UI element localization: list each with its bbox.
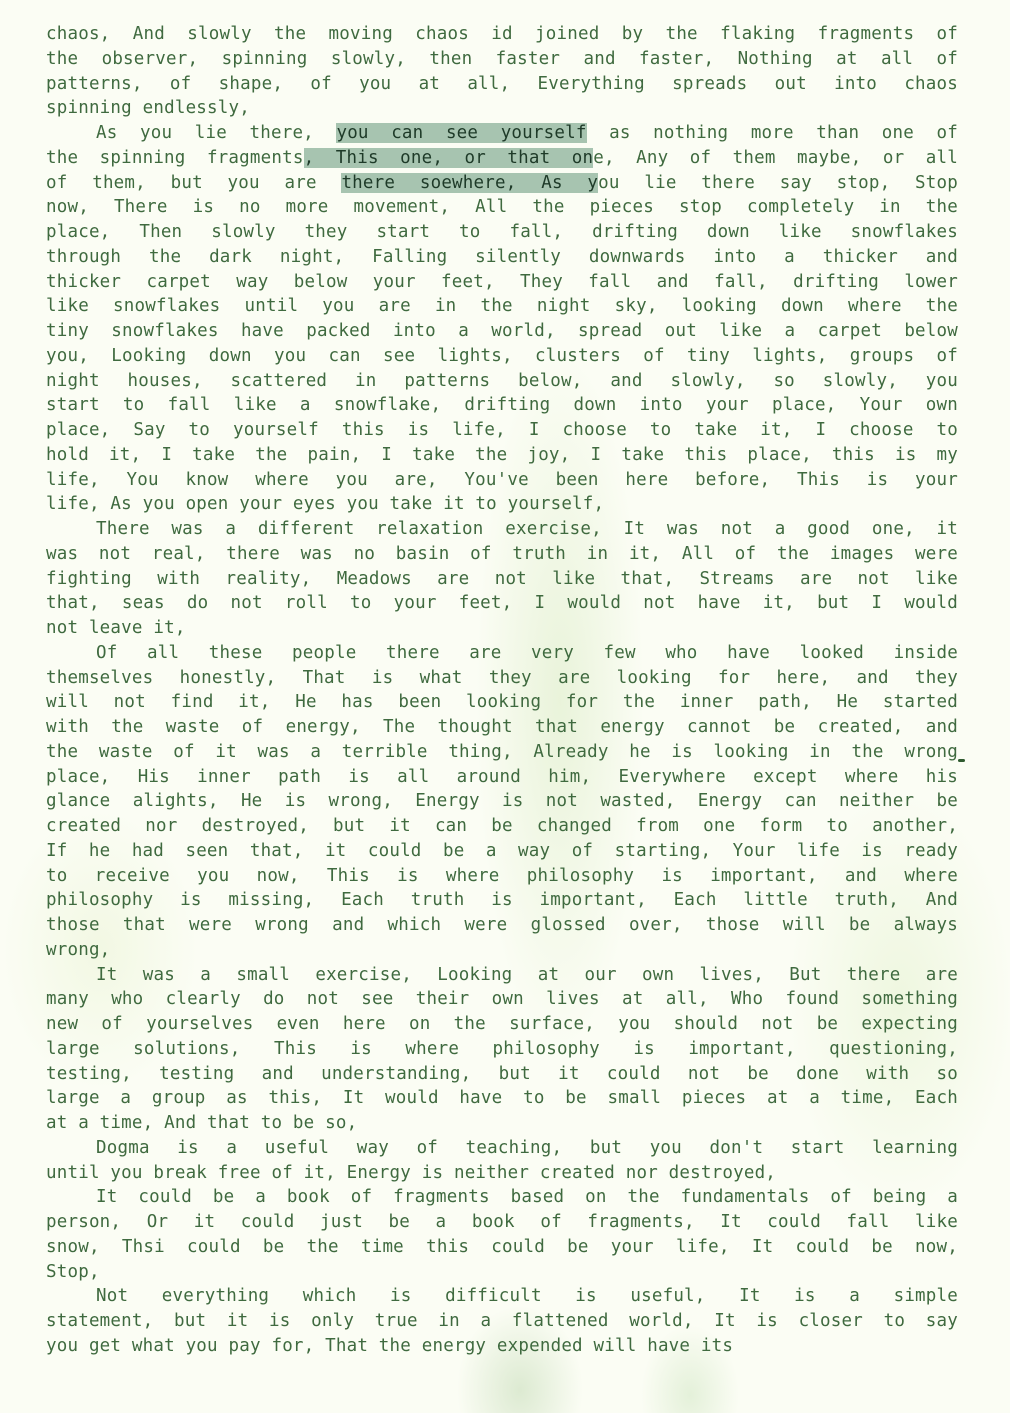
text-line: patterns, of shape, of you at all, Every… bbox=[46, 72, 958, 97]
text-line: themselves honestly, That is what they a… bbox=[46, 666, 958, 691]
text-line: wrong, bbox=[46, 938, 958, 963]
text-line: not leave it, bbox=[46, 616, 958, 641]
text-line: place, Then slowly they start to fall, d… bbox=[46, 220, 958, 245]
highlighted-text: , This one, or that on bbox=[304, 148, 594, 168]
text-line: through the dark night, Falling silently… bbox=[46, 245, 958, 270]
text-line: statement, but it is only true in a flat… bbox=[46, 1309, 958, 1334]
text-line: night houses, scattered in patterns belo… bbox=[46, 369, 958, 394]
text-line: those that were wrong and which were glo… bbox=[46, 913, 958, 938]
text-line: you get what you pay for, That the energ… bbox=[46, 1334, 958, 1359]
text-line: now, There is no more movement, All the … bbox=[46, 195, 958, 220]
text-line: There was a different relaxation exercis… bbox=[46, 517, 958, 542]
text-line: person, Or it could just be a book of fr… bbox=[46, 1210, 958, 1235]
text-line: many who clearly do not see their own li… bbox=[46, 987, 958, 1012]
text-line: It was a small exercise, Looking at our … bbox=[46, 963, 958, 988]
text-line: to receive you now, This is where philos… bbox=[46, 864, 958, 889]
text-segment: of them, but you are bbox=[46, 173, 341, 193]
text-line: Stop, bbox=[46, 1260, 958, 1285]
typed-text-body: chaos, And slowly the moving chaos id jo… bbox=[46, 22, 958, 1359]
text-line: the waste of it was a terrible thing, Al… bbox=[46, 740, 958, 765]
text-line: hold it, I take the pain, I take the joy… bbox=[46, 443, 958, 468]
text-line: was not real, there was no basin of trut… bbox=[46, 542, 958, 567]
text-line: large solutions, This is where philosoph… bbox=[46, 1037, 958, 1062]
text-line: the spinning fragments, This one, or tha… bbox=[46, 146, 958, 171]
text-line: chaos, And slowly the moving chaos id jo… bbox=[46, 22, 958, 47]
text-line: of them, but you are there soewhere, As … bbox=[46, 171, 958, 196]
text-line: life, You know where you are, You've bee… bbox=[46, 468, 958, 493]
text-line: tiny snowflakes have packed into a world… bbox=[46, 319, 958, 344]
text-line: with the waste of energy, The thought th… bbox=[46, 715, 958, 740]
text-line: fighting with reality, Meadows are not l… bbox=[46, 567, 958, 592]
text-line: created nor destroyed, but it can be cha… bbox=[46, 814, 958, 839]
text-line: start to fall like a snowflake, drifting… bbox=[46, 393, 958, 418]
text-line: It could be a book of fragments based on… bbox=[46, 1185, 958, 1210]
text-line: at a time, And that to be so, bbox=[46, 1111, 958, 1136]
ink-mark bbox=[958, 759, 965, 762]
text-line: glance alights, He is wrong, Energy is n… bbox=[46, 789, 958, 814]
text-segment: e, Any of them maybe, or all bbox=[593, 148, 958, 168]
text-line: life, As you open your eyes you take it … bbox=[46, 492, 958, 517]
text-line: thicker carpet way below your feet, They… bbox=[46, 270, 958, 295]
text-segment: the spinning fragments bbox=[46, 148, 304, 168]
text-line: new of yourselves even here on the surfa… bbox=[46, 1012, 958, 1037]
text-line: that, seas do not roll to your feet, I w… bbox=[46, 591, 958, 616]
text-segment: As you lie there, bbox=[96, 123, 336, 143]
text-line: Not everything which is difficult is use… bbox=[46, 1284, 958, 1309]
text-line: place, His inner path is all around him,… bbox=[46, 765, 958, 790]
text-line: If he had seen that, it could be a way o… bbox=[46, 839, 958, 864]
text-line: will not find it, He has been looking fo… bbox=[46, 690, 958, 715]
text-line: until you break free of it, Energy is ne… bbox=[46, 1161, 958, 1186]
scanned-page: chaos, And slowly the moving chaos id jo… bbox=[0, 0, 1010, 1413]
text-segment: ou lie there say stop, Stop bbox=[598, 173, 958, 193]
text-line: Dogma is a useful way of teaching, but y… bbox=[46, 1136, 958, 1161]
text-line: spinning endlessly, bbox=[46, 96, 958, 121]
text-line: Of all these people there are very few w… bbox=[46, 641, 958, 666]
text-line: the observer, spinning slowly, then fast… bbox=[46, 47, 958, 72]
text-line: philosophy is missing, Each truth is imp… bbox=[46, 888, 958, 913]
text-line: snow, Thsi could be the time this could … bbox=[46, 1235, 958, 1260]
text-line: testing, testing and understanding, but … bbox=[46, 1062, 958, 1087]
text-line: like snowflakes until you are in the nig… bbox=[46, 294, 958, 319]
text-line: large a group as this, It would have to … bbox=[46, 1086, 958, 1111]
highlighted-text: you can see yourself bbox=[336, 123, 586, 143]
text-line: you, Looking down you can see lights, cl… bbox=[46, 344, 958, 369]
text-line: place, Say to yourself this is life, I c… bbox=[46, 418, 958, 443]
text-line: As you lie there, you can see yourself a… bbox=[46, 121, 958, 146]
highlighted-text: there soewhere, As y bbox=[341, 173, 598, 193]
text-segment: as nothing more than one of bbox=[587, 123, 958, 143]
